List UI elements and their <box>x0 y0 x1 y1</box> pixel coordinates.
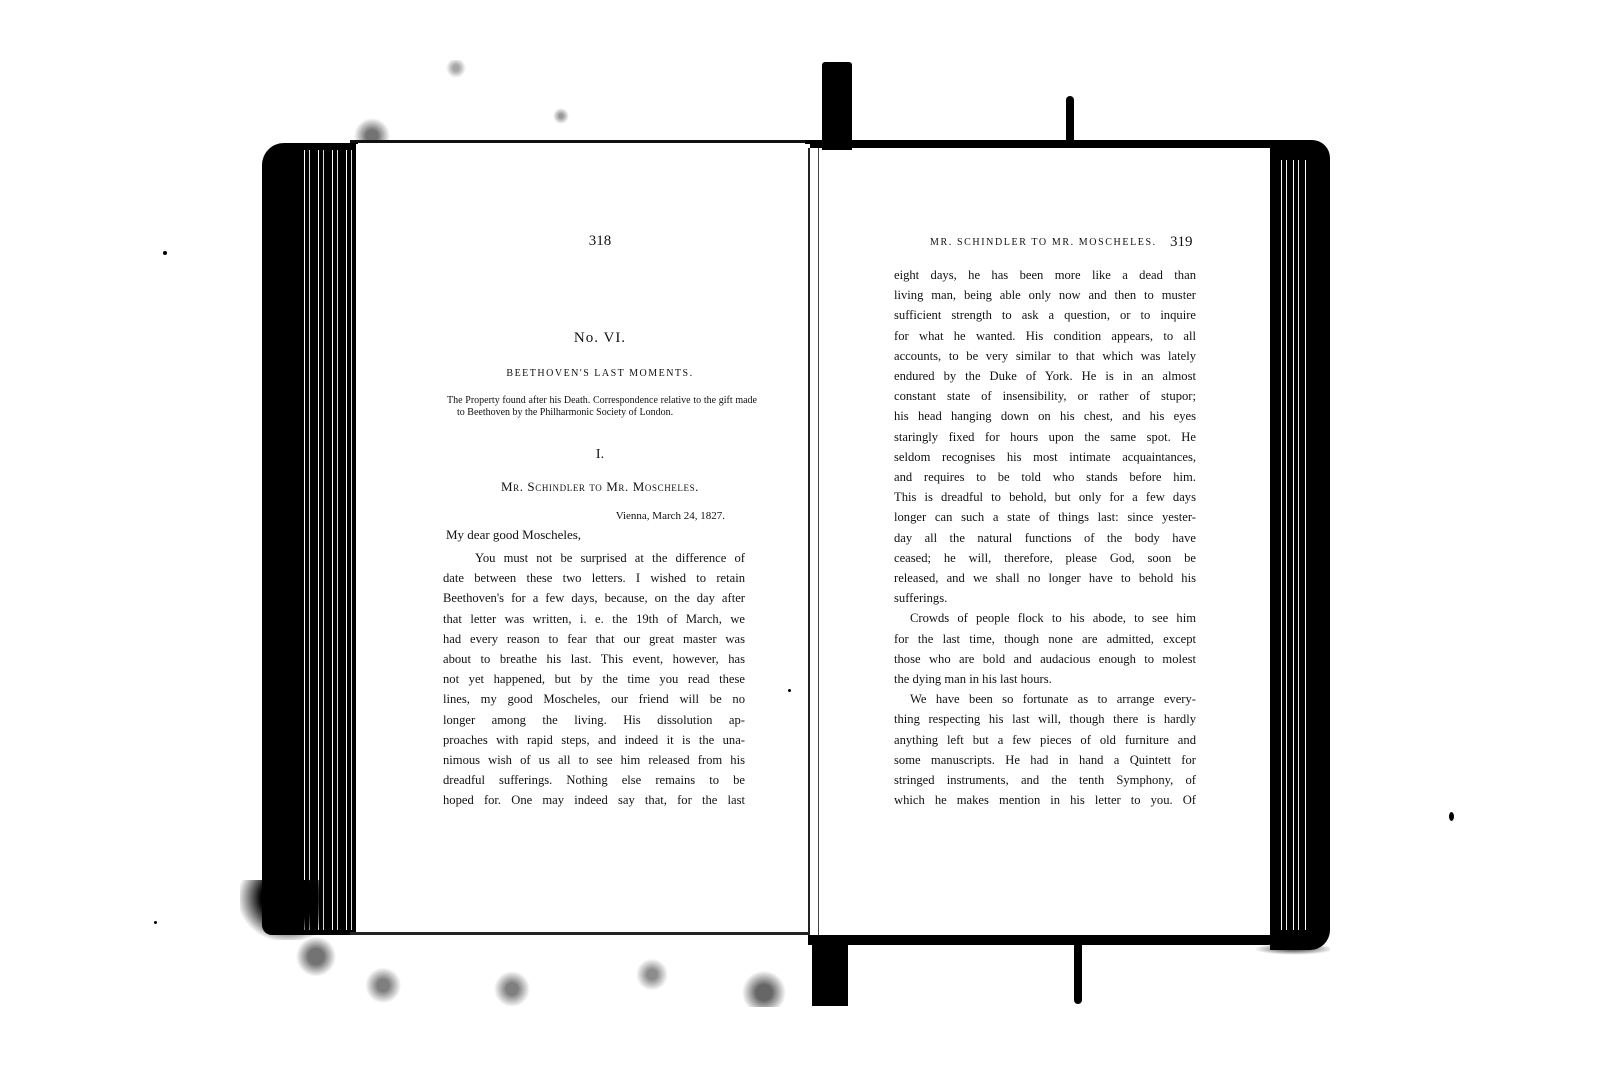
text-line: released, and we shall no longer have to… <box>894 568 1196 588</box>
scan-speck <box>1449 812 1454 821</box>
left-page <box>356 144 810 932</box>
text-line: endured by the Duke of York. He is in an… <box>894 366 1196 386</box>
right-page-top-border <box>805 140 1280 148</box>
text-line: thing respecting his last will, though t… <box>894 709 1196 729</box>
text-line: accounts, to be very similar to that whi… <box>894 346 1196 366</box>
text-line: Crowds of people flock to his abode, to … <box>894 608 1196 628</box>
letter-heading: Mr. Schindler to Mr. Moscheles. <box>440 479 760 495</box>
text-line: This is dreadful to behold, but only for… <box>894 487 1196 507</box>
section-title: Beethoven's last moments. <box>440 368 760 379</box>
text-line: longer can such a state of things last: … <box>894 507 1196 527</box>
text-line: dreadful sufferings. Nothing else remain… <box>443 770 745 790</box>
right-page-body: eight days, he has been more like a dead… <box>894 265 1196 810</box>
text-line: staringly fixed for hours upon the same … <box>894 427 1196 447</box>
gutter-line-right <box>818 148 819 938</box>
running-head: Mr. Schindler to Mr. Moscheles. <box>930 237 1160 248</box>
gutter-line-left <box>808 148 810 934</box>
text-line: nimous wish of us all to see him release… <box>443 750 745 770</box>
scan-noise-bottom <box>260 935 820 1007</box>
text-line: sufferings. <box>894 588 1196 608</box>
text-line: constant state of insensibility, or rath… <box>894 386 1196 406</box>
text-line: for the last time, though none are admit… <box>894 629 1196 649</box>
text-line: date between these two letters. I wished… <box>443 568 745 588</box>
text-line: eight days, he has been more like a dead… <box>894 265 1196 285</box>
scan-noise-bottom-right <box>1150 940 1330 970</box>
text-line: his head hanging down on his chest, and … <box>894 406 1196 426</box>
text-line: had every reason to fear that our great … <box>443 629 745 649</box>
text-line: for what he wanted. His condition appear… <box>894 326 1196 346</box>
text-line: seldom recognises his most intimate acqu… <box>894 447 1196 467</box>
letter-dateline: Vienna, March 24, 1827. <box>440 510 725 522</box>
text-line: longer among the living. His dissolution… <box>443 710 745 730</box>
letter-salutation: My dear good Moscheles, <box>446 527 581 543</box>
text-line: We have been so fortunate as to arrange … <box>894 689 1196 709</box>
bookmark-ribbon-bottom-small <box>1074 944 1082 1004</box>
book-right-page-edges <box>1278 160 1308 930</box>
scan-speck <box>788 689 791 692</box>
text-line: day all the natural functions of the bod… <box>894 528 1196 548</box>
left-page-top-border <box>350 140 820 143</box>
section-summary: The Property found after his Death. Corr… <box>447 395 757 419</box>
text-line: proaches with rapid steps, and indeed it… <box>443 730 745 750</box>
text-line: Beethoven's for a few days, because, on … <box>443 588 745 608</box>
scan-noise-top <box>330 60 750 140</box>
bookmark-ribbon-top <box>822 62 852 152</box>
text-line: and requires to be told who stands befor… <box>894 467 1196 487</box>
text-line: living man, being able only now and then… <box>894 285 1196 305</box>
book-left-page-edges <box>300 150 356 930</box>
text-line: the dying man in his last hours. <box>894 669 1196 689</box>
scan-speck <box>163 251 167 255</box>
text-line: lines, my good Moscheles, our friend wil… <box>443 689 745 709</box>
text-line: anything left but a few pieces of old fu… <box>894 730 1196 750</box>
right-page-number: 319 <box>1170 234 1193 251</box>
text-line: those who are bold and audacious enough … <box>894 649 1196 669</box>
text-line: about to breathe his last. This event, h… <box>443 649 745 669</box>
text-line: ceased; he will, therefore, please God, … <box>894 548 1196 568</box>
scan-speck <box>154 921 157 924</box>
text-line: which he makes mention in his letter to … <box>894 790 1196 810</box>
text-line: sufficient strength to ask a question, o… <box>894 305 1196 325</box>
document-number: No. VI. <box>440 330 760 347</box>
letter-number: I. <box>440 447 760 463</box>
text-line: stringed instruments, and the tenth Symp… <box>894 770 1196 790</box>
text-line: You must not be surprised at the differe… <box>443 548 745 568</box>
text-line: not yet happened, but by the time you re… <box>443 669 745 689</box>
left-page-number: 318 <box>440 233 760 250</box>
text-line: that letter was written, i. e. the 19th … <box>443 609 745 629</box>
text-line: hoped for. One may indeed say that, for … <box>443 790 745 810</box>
book-left-corner-shadow <box>240 880 320 940</box>
bookmark-ribbon-top-small <box>1066 96 1074 146</box>
left-page-body: You must not be surprised at the differe… <box>443 548 745 811</box>
text-line: some manuscripts. He had in hand a Quint… <box>894 750 1196 770</box>
